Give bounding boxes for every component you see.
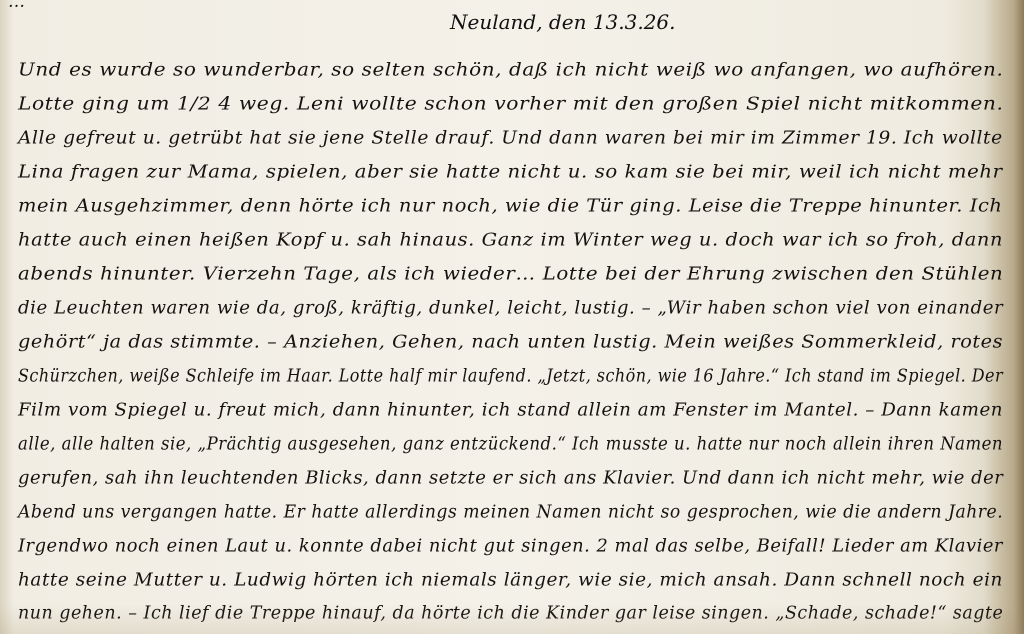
text-line: hatte seine Mutter u. Ludwig hörten ich … xyxy=(18,570,1003,591)
text-line: alle, alle halten sie, „Prächtig ausgese… xyxy=(18,434,1003,455)
text-line: abends hinunter. Vierzehn Tage, als ich … xyxy=(18,264,1003,285)
text-line: gerufen, sah ihn leuchtenden Blicks, dan… xyxy=(18,468,1003,489)
text-line: Lotte ging um 1/2 4 weg. Leni wollte sch… xyxy=(18,94,1004,115)
text-line: die Leuchten waren wie da, groß, kräftig… xyxy=(18,298,1003,319)
top-cut-line: … ­­­ ­­­ ­­­ ­­­ ­­­ ­­­ xyxy=(8,0,57,12)
text-line: Lina fragen zur Mama, spielen, aber sie … xyxy=(18,162,1003,183)
scanned-page: … ­­­ ­­­ ­­­ ­­­ ­­­ ­­­ Neuland, den 1… xyxy=(0,0,1024,634)
text-line: Film vom Spiegel u. freut mich, dann hin… xyxy=(18,400,1003,421)
text-line: gehört“ ja das stimmte. – Anziehen, Gehe… xyxy=(18,332,1003,353)
text-line: hatte auch einen heißen Kopf u. sah hina… xyxy=(18,230,1003,251)
text-line: Und es wurde so wunderbar, so selten sch… xyxy=(18,60,1003,81)
text-line: Alle gefreut u. getrübt hat sie jene Ste… xyxy=(18,128,1003,149)
text-line: Irgendwo noch einen Laut u. konnte dabei… xyxy=(18,536,1003,557)
text-line: nun gehen. – Ich lief die Treppe hinauf,… xyxy=(18,603,1003,624)
text-line: mein Ausgehzimmer, denn hörte ich nur no… xyxy=(18,196,1002,217)
text-line: Abend uns vergangen hatte. Er hatte alle… xyxy=(18,502,1003,523)
place-date-header: Neuland, den 13.3.26. xyxy=(450,10,676,34)
text-line: Schürzchen, weiße Schleife im Haar. Lott… xyxy=(18,366,1003,387)
